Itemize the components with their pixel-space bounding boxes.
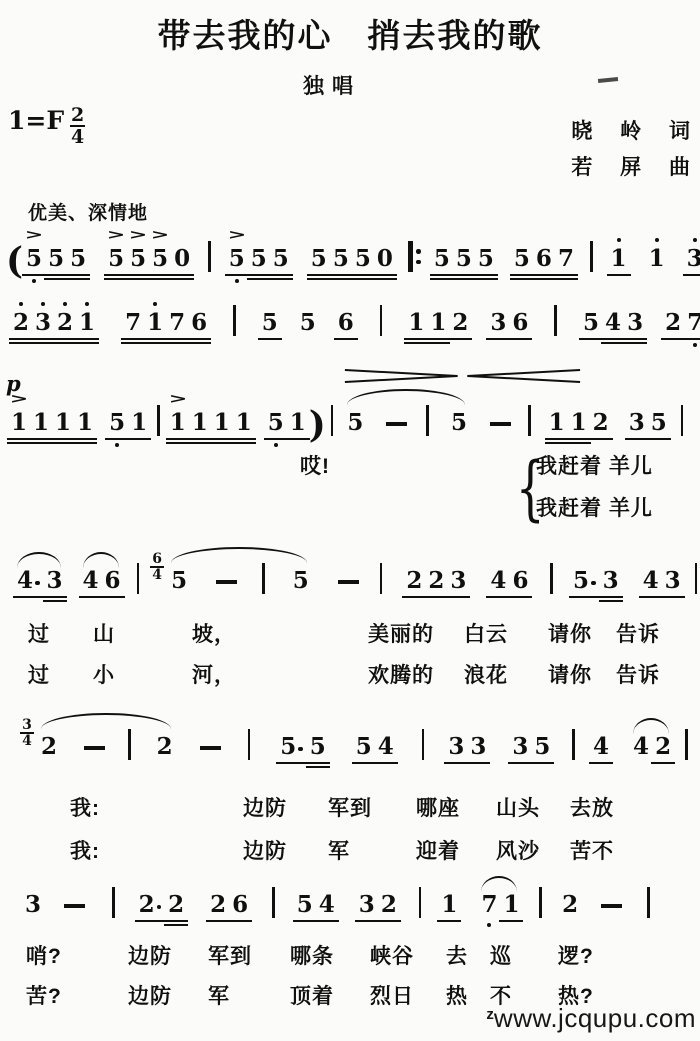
- lyric-syllable: 逻?: [558, 940, 594, 970]
- lyric-syllable: 美丽的: [368, 618, 434, 648]
- lyric-syllable: 告诉: [616, 659, 660, 689]
- lyric-syllable: 边防: [243, 835, 287, 865]
- lyric-syllable: 军: [328, 835, 350, 865]
- lyric-syllable: 小: [93, 659, 115, 689]
- lyric-syllable: 边防: [243, 792, 287, 822]
- lyric-syllable: 苦不: [570, 835, 614, 865]
- lyric-syllable: 迎着: [416, 835, 460, 865]
- lyric-syllable: 边防: [128, 940, 172, 970]
- lyric-syllable: 风沙: [496, 835, 540, 865]
- lyric-syllable: 山头: [496, 792, 540, 822]
- lyric-syllable: 哪座: [416, 792, 460, 822]
- lyric-syllable: 哪条: [290, 940, 334, 970]
- lyric-syllable: 我赶着 羊儿: [536, 450, 653, 480]
- watermark-url: www.jcqupu.com: [494, 1003, 696, 1034]
- lyric-syllable: 巡: [490, 940, 512, 970]
- lyric-syllable: 军: [208, 980, 230, 1010]
- lyric-syllable: 欢腾的: [368, 659, 434, 689]
- lyric-syllable: 请你: [548, 618, 592, 648]
- lyric-syllable: 河，: [192, 659, 236, 689]
- lyric-syllable: 告诉: [616, 618, 660, 648]
- lyric-syllable: 坡，: [192, 618, 236, 648]
- lyric-syllable: 我赶着 羊儿: [536, 492, 653, 522]
- lyric-syllable: 我:: [70, 792, 100, 822]
- lyric-syllable: 山: [93, 618, 115, 648]
- lyric-syllable: 浪花: [464, 659, 508, 689]
- lyric-syllable: 去: [446, 940, 468, 970]
- lyric-syllable: 苦?: [26, 980, 62, 1010]
- lyric-syllable: 热: [446, 980, 468, 1010]
- lyric-syllable: 烈日: [370, 980, 414, 1010]
- lyric-syllable: 军到: [208, 940, 252, 970]
- lyric-syllable: 边防: [128, 980, 172, 1010]
- lyric-syllable: 过: [28, 659, 50, 689]
- lyric-syllable: 去放: [570, 792, 614, 822]
- lyric-syllable: 过: [28, 618, 50, 648]
- sheet-music-page: 带去我的心 捎去我的歌 独唱 1=F 2 4 晓 岭 词 若 屏 曲 优美、深情…: [0, 0, 700, 1041]
- lyric-syllable: 峡谷: [370, 940, 414, 970]
- lyric-syllable: 军到: [328, 792, 372, 822]
- watermark: z www.jcqupu.com: [486, 1003, 696, 1034]
- lyric-syllable: 顶着: [290, 980, 334, 1010]
- lyric-syllable: 请你: [548, 659, 592, 689]
- watermark-logo-icon: z: [486, 1006, 494, 1023]
- lyric-syllable: 哎!: [300, 450, 330, 480]
- lyrics-area: { 哎!我赶着 羊儿我赶着 羊儿过山坡，美丽的白云请你告诉过小河，欢腾的浪花请你…: [0, 0, 700, 1041]
- lyric-syllable: 白云: [464, 618, 508, 648]
- lyric-syllable: 哨?: [26, 940, 62, 970]
- lyric-syllable: 我:: [70, 835, 100, 865]
